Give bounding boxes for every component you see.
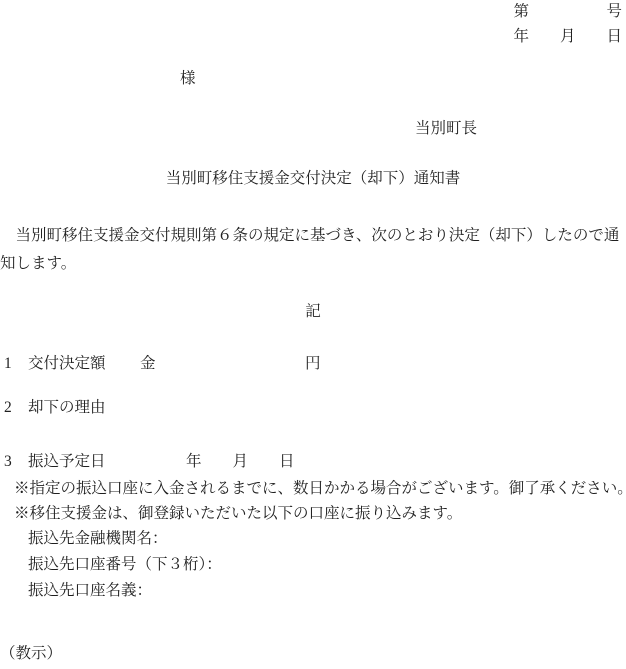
item-number: 2 (4, 398, 12, 418)
field-account-holder-label: 振込先口座名義： (28, 581, 152, 601)
record-marker: 記 (0, 302, 626, 322)
amount-prefix: 金 (140, 354, 156, 374)
field-account-number-label: 振込先口座番号（下３桁）： (28, 555, 222, 575)
body-paragraph: 当別町移住支援金交付規則第６条の規定に基づき、次のとおり決定（却下）したので通知… (0, 222, 626, 278)
item-label: 交付決定額 (28, 354, 106, 374)
document-title: 当別町移住支援金交付決定（却下）通知書 (0, 169, 626, 189)
item-label: 却下の理由 (28, 398, 106, 418)
doc-date-line: 年 月 日 (513, 27, 622, 47)
doc-number-line: 第 号 (513, 2, 622, 22)
item-number: 3 (4, 452, 12, 472)
item-rejection-reason: 2 却下の理由 (0, 398, 626, 418)
addressee-honorific: 様 (180, 69, 196, 89)
note-payment-delay: ※指定の振込口座に入金されるまでに、数日かかる場合がございます。御了承ください。 (14, 479, 626, 499)
item-number: 1 (4, 354, 12, 374)
item-grant-amount: 1 交付決定額 金 円 (0, 354, 626, 374)
notification-document-page: 第 号 年 月 日 様 当別町長 当別町移住支援金交付決定（却下）通知書 当別町… (0, 0, 626, 669)
transfer-date-placeholder: 年 月 日 (186, 452, 295, 472)
field-bank-name-label: 振込先金融機関名： (28, 529, 168, 549)
item-label: 振込予定日 (28, 452, 106, 472)
item-transfer-date: 3 振込予定日 年 月 日 (0, 452, 626, 472)
footer-kyouji-note: （教示） (0, 644, 62, 664)
sender-title: 当別町長 (415, 119, 477, 139)
note-registered-account: ※移住支援金は、御登録いただいた以下の口座に振り込みます。 (14, 504, 462, 524)
amount-unit: 円 (305, 354, 321, 374)
